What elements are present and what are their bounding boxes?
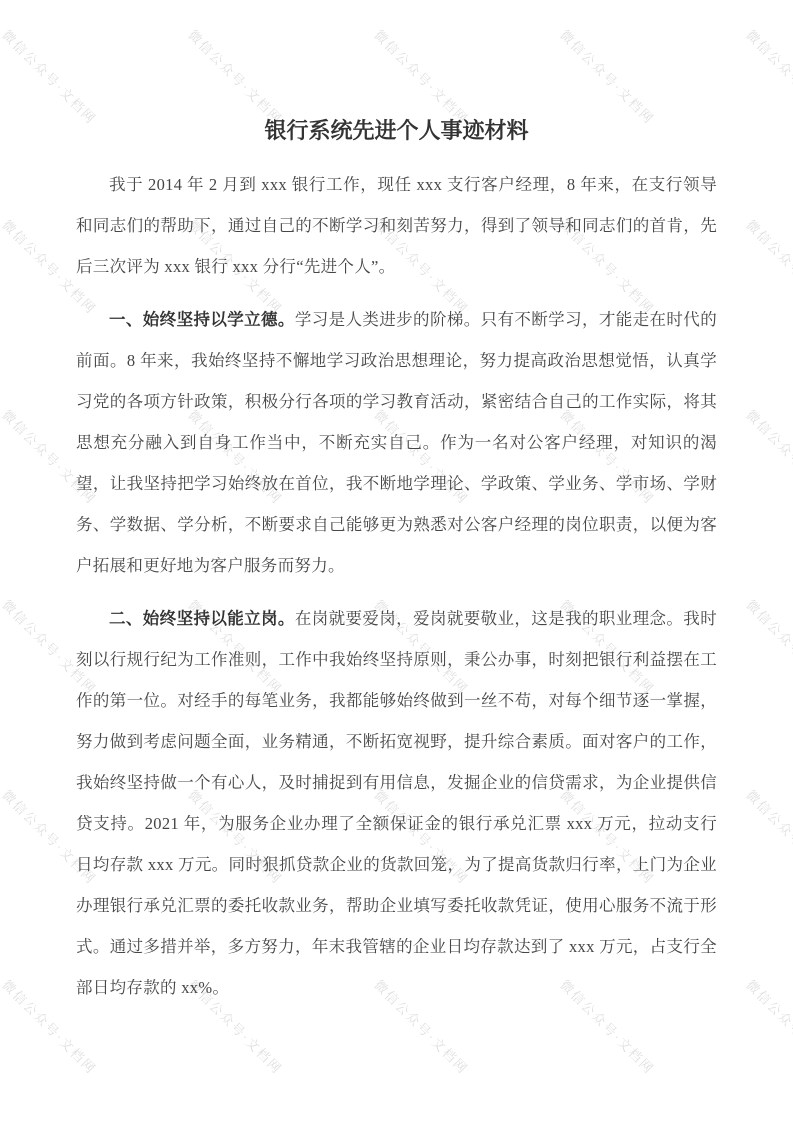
- paragraph-text: 在岗就要爱岗，爱岗就要敬业，这是我的职业理念。我时刻以行规行纪为工作准则，工作中…: [76, 609, 717, 997]
- paragraph-lead: 二、始终坚持以能立岗。: [109, 609, 295, 628]
- paragraph-lead: 一、始终坚持以学立德。: [109, 310, 295, 329]
- paragraph-text: 我于 2014 年 2 月到 xxx 银行工作，现任 xxx 支行客户经理，8 …: [76, 175, 717, 276]
- document-content: 银行系统先进个人事迹材料 我于 2014 年 2 月到 xxx 银行工作，现任 …: [0, 0, 793, 1008]
- paragraph-section-1: 一、始终坚持以学立德。学习是人类进步的阶梯。只有不断学习，才能走在时代的前面。8…: [76, 299, 717, 586]
- document-page: 微信公众号·文档网微信公众号·文档网微信公众号·文档网微信公众号·文档网微信公众…: [0, 0, 793, 1122]
- paragraph-intro: 我于 2014 年 2 月到 xxx 银行工作，现任 xxx 支行客户经理，8 …: [76, 164, 717, 287]
- paragraph-text: 学习是人类进步的阶梯。只有不断学习，才能走在时代的前面。8 年来，我始终坚持不懈…: [76, 310, 717, 575]
- paragraph-section-2: 二、始终坚持以能立岗。在岗就要爱岗，爱岗就要敬业，这是我的职业理念。我时刻以行规…: [76, 598, 717, 1008]
- document-title: 银行系统先进个人事迹材料: [76, 116, 717, 146]
